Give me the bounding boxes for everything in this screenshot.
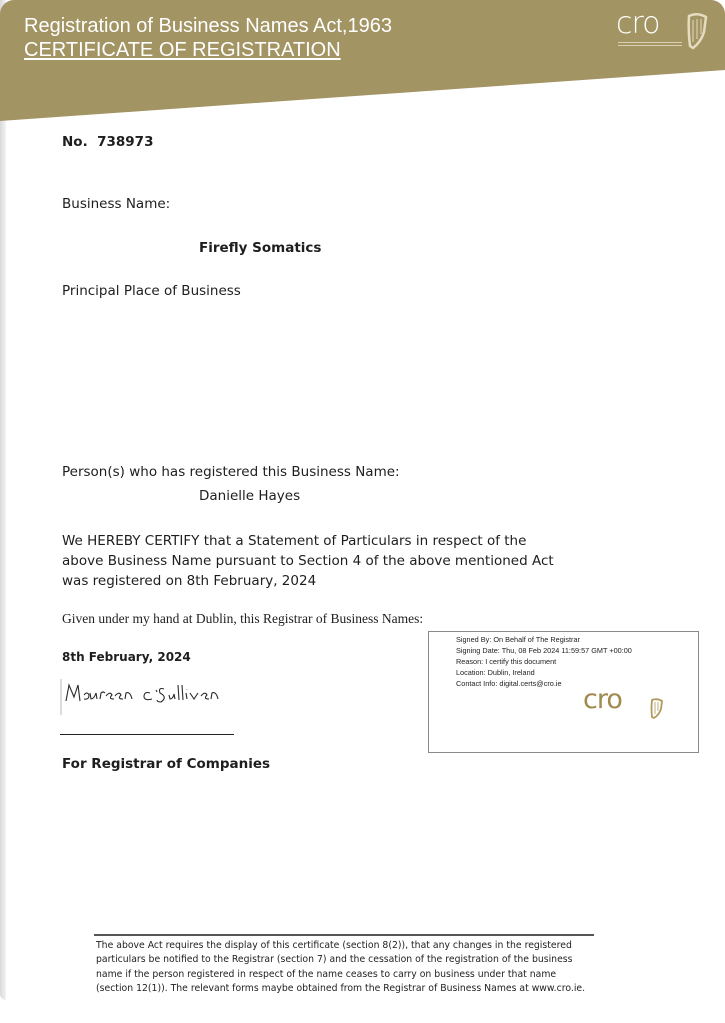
harp-icon bbox=[649, 698, 665, 720]
signing-contact: Contact Info: digital.certs@cro.ie bbox=[456, 679, 562, 688]
handwritten-signature bbox=[60, 677, 240, 717]
signing-date: Signing Date: Thu, 08 Feb 2024 11:59:57 … bbox=[456, 646, 632, 655]
logo-subtitle-lines bbox=[618, 42, 682, 43]
business-name-label: Business Name: bbox=[62, 196, 170, 212]
registrant-label: Person(s) who has registered this Busine… bbox=[62, 464, 400, 480]
number-value: 738973 bbox=[97, 134, 153, 150]
cro-logo-text: cro bbox=[616, 6, 660, 41]
signed-by: Signed By: On Behalf of The Registrar bbox=[456, 635, 580, 644]
signing-reason: Reason: I certify this document bbox=[456, 657, 556, 666]
footer-rule bbox=[94, 934, 594, 936]
registrant-name: Danielle Hayes bbox=[199, 488, 300, 504]
certify-statement: We HEREBY CERTIFY that a Statement of Pa… bbox=[62, 531, 562, 591]
cro-seal-text: cro bbox=[583, 684, 622, 715]
signatory-title: For Registrar of Companies bbox=[62, 756, 270, 772]
harp-icon bbox=[684, 12, 710, 50]
footer-notice: The above Act requires the display of th… bbox=[96, 939, 596, 996]
page-edge bbox=[0, 0, 6, 1000]
issue-date: 8th February, 2024 bbox=[62, 650, 191, 664]
signature-rule bbox=[60, 734, 234, 735]
given-under-text: Given under my hand at Dublin, this Regi… bbox=[62, 611, 423, 627]
principal-place-label: Principal Place of Business bbox=[62, 283, 241, 299]
act-title: Registration of Business Names Act,1963 bbox=[24, 14, 392, 38]
number-label: No. bbox=[62, 134, 88, 150]
cro-logo: cro bbox=[614, 10, 714, 54]
cro-seal-logo: cro bbox=[583, 692, 673, 722]
certificate-title: CERTIFICATE OF REGISTRATION bbox=[24, 38, 341, 62]
digital-signature-box[interactable]: Signed By: On Behalf of The Registrar Si… bbox=[428, 631, 699, 753]
business-name: Firefly Somatics bbox=[199, 240, 321, 256]
certificate-number: No. 738973 bbox=[62, 134, 153, 150]
signing-location: Location: Dublin, Ireland bbox=[456, 668, 535, 677]
